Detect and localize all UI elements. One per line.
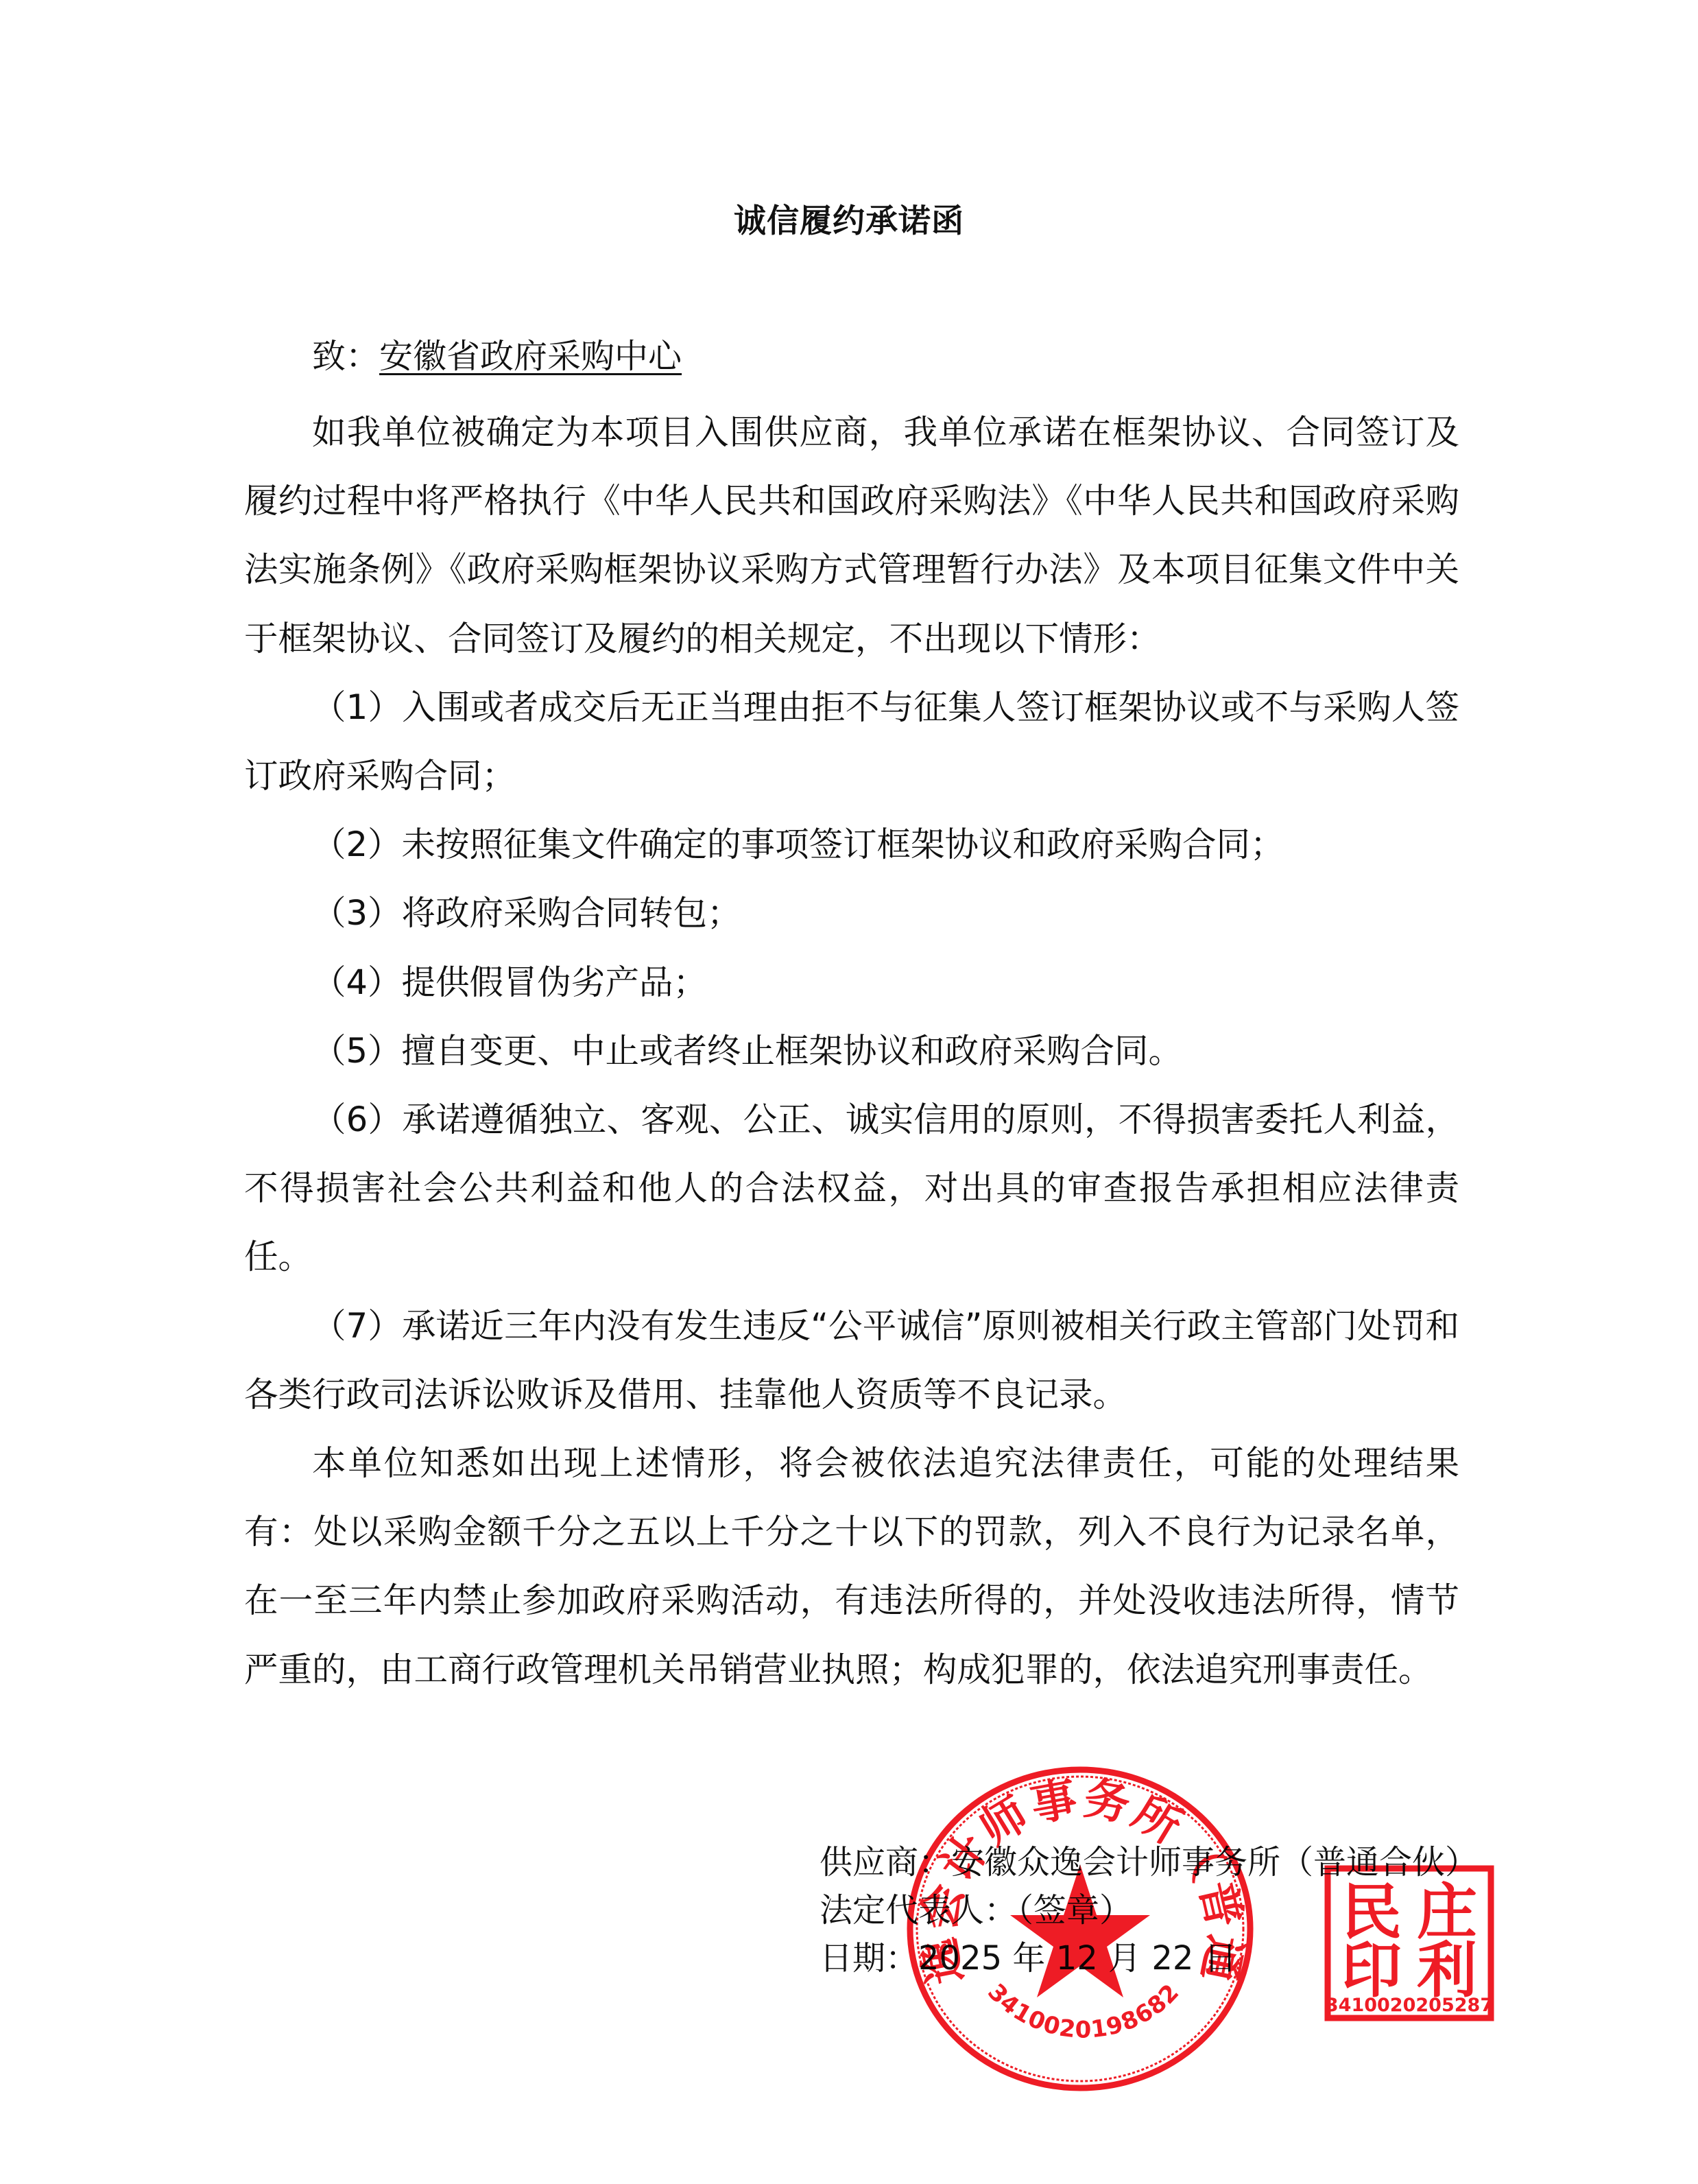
personal-seal-code: 3410020205287	[1326, 1995, 1493, 2016]
date-day: 22	[1151, 1939, 1193, 1978]
clause-6: （6）承诺遵循独立、客观、公正、诚实信用的原则，不得损害委托人利益，不得损害社会…	[244, 1085, 1459, 1292]
supplier-line: 供应商：安徽众逸会计师事务所（普通合伙）	[820, 1838, 1478, 1886]
signature-block: 供应商：安徽众逸会计师事务所（普通合伙） 法定代表人：（签章） 日期：2025 …	[820, 1838, 1478, 1982]
date-month: 12	[1056, 1939, 1098, 1978]
company-seal-code: 3410020198682	[982, 1978, 1185, 2043]
clause-7: （7）承诺近三年内没有发生违反“公平诚信”原则被相关行政主管部门处罚和各类行政司…	[244, 1292, 1459, 1429]
supplier-name: 安徽众逸会计师事务所（普通合伙）	[951, 1843, 1478, 1882]
date-year-unit: 年	[1002, 1939, 1056, 1978]
date-year: 2025	[918, 1939, 1002, 1978]
clause-4: （4）提供假冒伪劣产品；	[244, 948, 1459, 1017]
consequences-paragraph: 本单位知悉如出现上述情形，将会被依法追究法律责任，可能的处理结果有：处以采购金额…	[244, 1429, 1459, 1704]
date-day-unit: 日	[1193, 1939, 1236, 1978]
clause-3: （3）将政府采购合同转包；	[244, 879, 1459, 947]
date-line: 日期：2025 年 12 月 22 日	[820, 1934, 1478, 1982]
document-title: 诚信履约承诺函	[0, 201, 1698, 242]
letter-body: 如我单位被确定为本项目入围供应商，我单位承诺在框架协议、合同签订及履约过程中将严…	[244, 398, 1459, 1704]
document-page: 诚信履约承诺函 致：安徽省政府采购中心 如我单位被确定为本项目入围供应商，我单位…	[0, 0, 1698, 2184]
clause-1: （1）入围或者成交后无正当理由拒不与征集人签订框架协议或不与采购人签订政府采购合…	[244, 673, 1459, 810]
supplier-label: 供应商：	[820, 1843, 951, 1882]
intro-paragraph: 如我单位被确定为本项目入围供应商，我单位承诺在框架协议、合同签订及履约过程中将严…	[244, 398, 1459, 673]
recipient-line: 致：安徽省政府采购中心	[312, 336, 682, 377]
recipient-prefix: 致：	[312, 337, 379, 376]
date-label: 日期：	[820, 1939, 918, 1978]
legal-rep-value: （签章）	[1017, 1891, 1132, 1930]
clause-5: （5）擅自变更、中止或者终止框架协议和政府采购合同。	[244, 1017, 1459, 1085]
clause-2: （2）未按照征集文件确定的事项签订框架协议和政府采购合同；	[244, 810, 1459, 879]
recipient-organization: 安徽省政府采购中心	[379, 337, 682, 376]
legal-rep-line: 法定代表人：（签章）	[820, 1886, 1478, 1934]
legal-rep-label: 法定代表人：	[820, 1891, 1017, 1930]
date-month-unit: 月	[1098, 1939, 1152, 1978]
